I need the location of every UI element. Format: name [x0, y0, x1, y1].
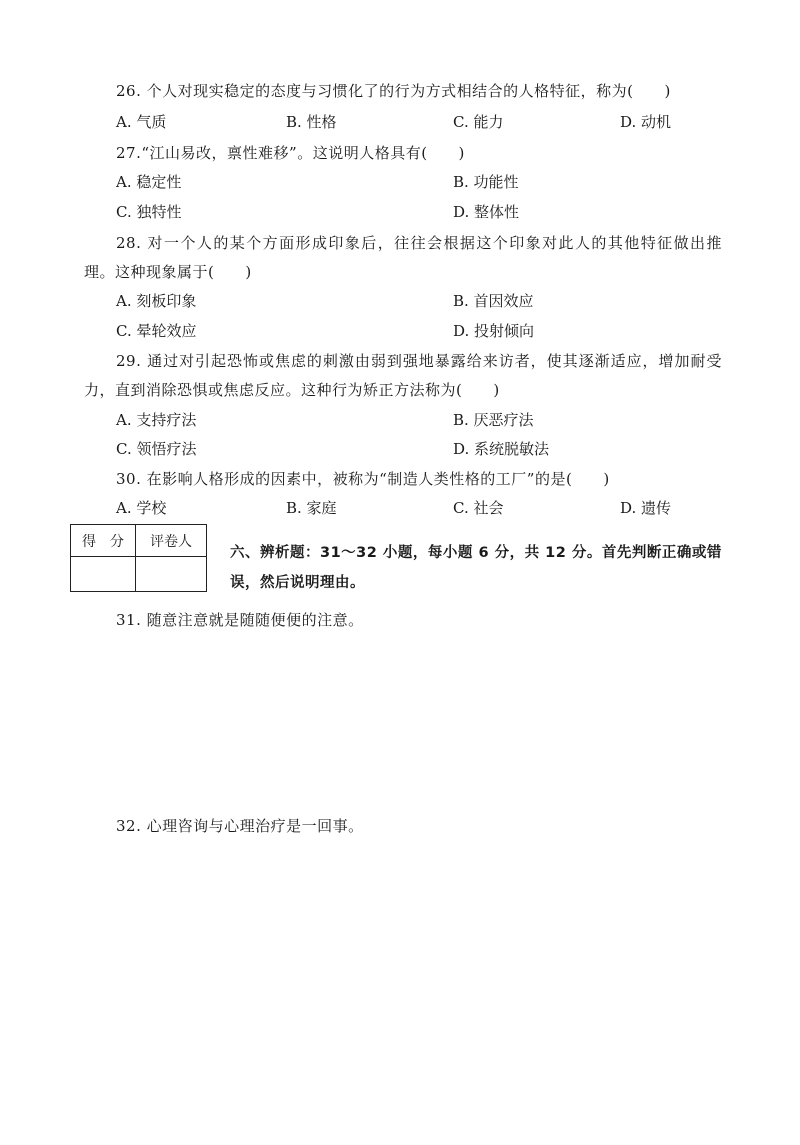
question-28-option-c: C. 晕轮效应 [116, 320, 196, 341]
question-27-option-c: C. 独特性 [116, 201, 181, 222]
question-30-option-a: A. 学校 [116, 497, 166, 518]
grader-header: 评卷人 [136, 525, 207, 557]
question-28-stem-line2: 理。这种现象属于( ) [84, 261, 252, 282]
question-27-stem: 27.“江山易改，禀性难移”。这说明人格具有( ) [116, 142, 465, 163]
score-header: 得 分 [71, 525, 136, 557]
question-30-option-d: D. 遗传 [620, 497, 671, 518]
question-28-option-d: D. 投射倾向 [453, 320, 534, 341]
question-32: 32. 心理咨询与心理治疗是一回事。 [116, 815, 364, 836]
section-heading-line1: 六、辨析题：31～32 小题，每小题 6 分，共 12 分。首先判断正确或错 [230, 541, 722, 562]
score-box: 得 分 评卷人 [70, 524, 207, 592]
answer-area-32[interactable] [84, 846, 724, 1106]
question-30-option-c: C. 社会 [453, 497, 503, 518]
question-26-option-a: A. 气质 [116, 111, 166, 132]
question-27-option-b: B. 功能性 [453, 171, 519, 192]
question-27-option-d: D. 整体性 [453, 201, 519, 222]
question-29-stem-line1: 29. 通过对引起恐怖或焦虑的刺激由弱到强地暴露给来访者，使其逐渐适应，增加耐受 [116, 350, 722, 371]
question-31: 31. 随意注意就是随随便便的注意。 [116, 609, 364, 630]
grader-cell[interactable] [136, 557, 207, 592]
question-29-option-b: B. 厌恶疗法 [453, 409, 534, 430]
question-30-option-b: B. 家庭 [286, 497, 337, 518]
section-heading-line2: 误，然后说明理由。 [230, 571, 365, 592]
question-26-option-b: B. 性格 [286, 111, 337, 132]
question-28-stem-line1: 28. 对一个人的某个方面形成印象后，往往会根据这个印象对此人的其他特征做出推 [116, 232, 722, 253]
question-26-option-c: C. 能力 [453, 111, 503, 132]
question-26-option-d: D. 动机 [620, 111, 671, 132]
question-29-stem-line2: 力，直到消除恐惧或焦虑反应。这种行为矫正方法称为( ) [84, 379, 500, 400]
question-28-option-a: A. 刻板印象 [116, 290, 196, 311]
question-30-stem: 30. 在影响人格形成的因素中，被称为“制造人类性格的工厂”的是( ) [116, 468, 610, 489]
question-26-stem: 26. 个人对现实稳定的态度与习惯化了的行为方式相结合的人格特征，称为( ) [116, 80, 671, 101]
question-29-option-c: C. 领悟疗法 [116, 438, 196, 459]
score-cell[interactable] [71, 557, 136, 592]
question-27-option-a: A. 稳定性 [116, 171, 181, 192]
question-29-option-a: A. 支持疗法 [116, 409, 196, 430]
question-29-option-d: D. 系统脱敏法 [453, 438, 549, 459]
answer-area-31[interactable] [84, 640, 724, 800]
question-28-option-b: B. 首因效应 [453, 290, 534, 311]
